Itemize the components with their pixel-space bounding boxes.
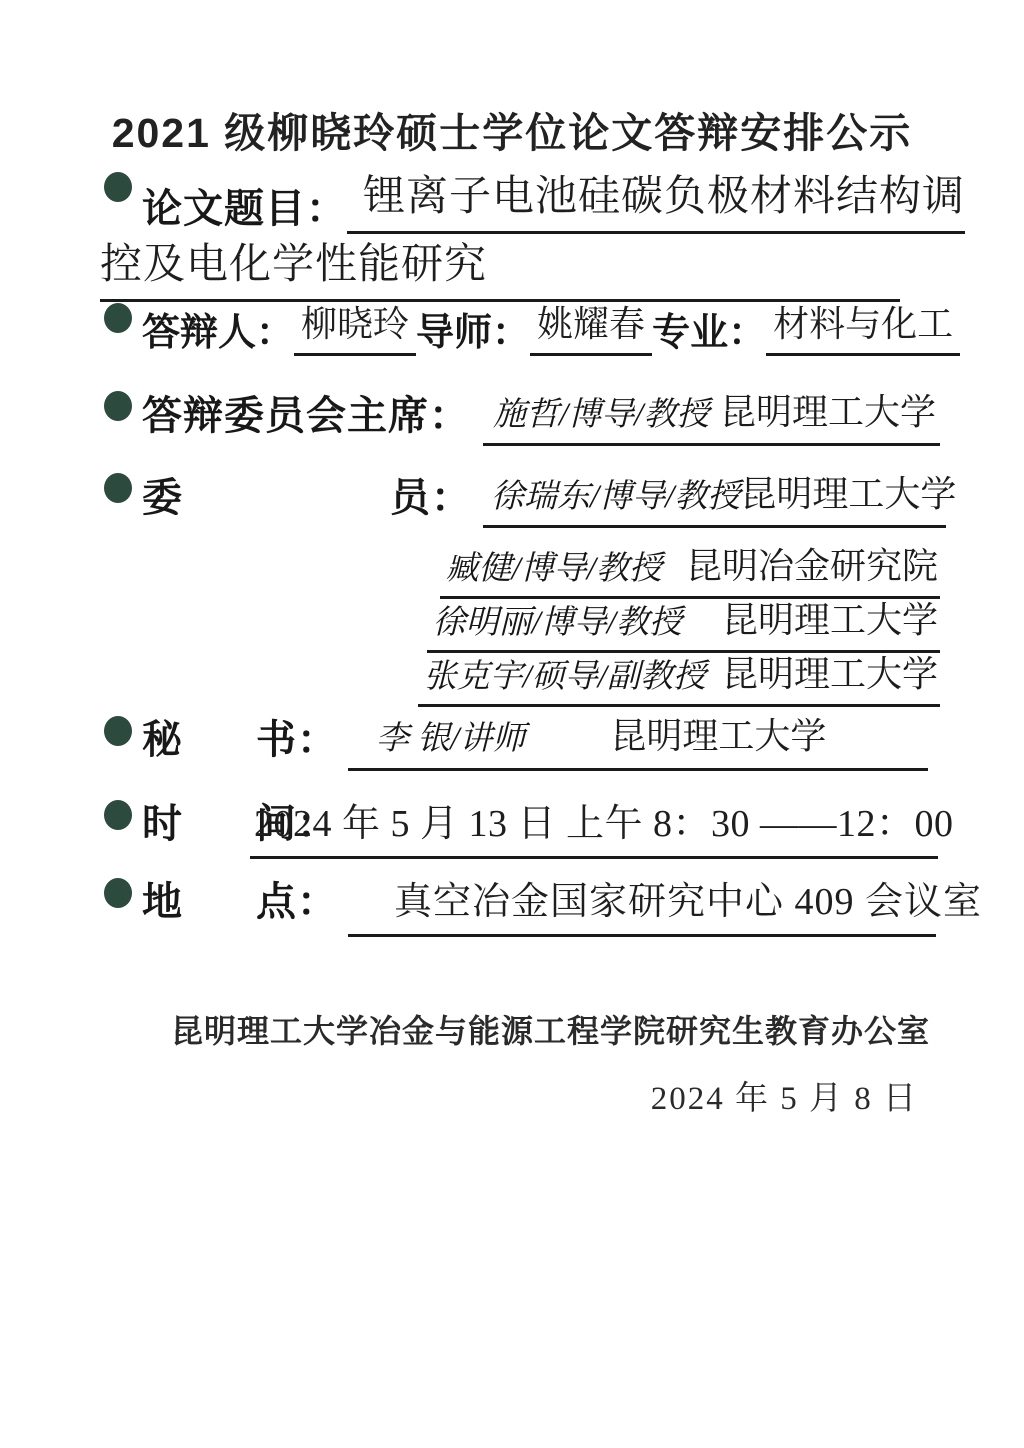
chair-label: 答辩委员会主席：	[142, 384, 470, 441]
chair-person: 施哲/博导/教授	[493, 388, 709, 435]
committee-member-person: 臧健/博导/教授	[446, 542, 662, 589]
secretary-affiliation: 昆明理工大学	[610, 708, 826, 759]
defender-label: 答辩人：	[142, 301, 294, 356]
footer-date: 2024 年 5 月 8 日	[651, 1072, 918, 1119]
committee-member-person: 张克宇/硕导/副教授	[424, 650, 706, 697]
bullet-icon	[104, 303, 132, 333]
committee-member-person: 徐明丽/博导/教授	[433, 596, 682, 643]
time-label-first: 时	[142, 792, 183, 849]
committee-member-row: 徐明丽/博导/教授 昆明理工大学	[300, 592, 940, 653]
thesis-topic-row: 论文题目： 锂离子电池硅碳负极材料结构调	[142, 163, 938, 234]
bullet-icon	[104, 716, 132, 746]
bullet-icon	[104, 878, 132, 908]
thesis-topic-line2: 控及电化学性能研究	[100, 231, 900, 302]
bullet-icon	[104, 391, 132, 421]
major-value: 材料与化工	[766, 296, 960, 356]
bullet-icon	[104, 800, 132, 830]
chair-affiliation: 昆明理工大学	[720, 384, 936, 435]
committee-member-row: 张克宇/硕导/副教授 昆明理工大学	[300, 646, 940, 707]
committee-member-row: 徐瑞东/博导/教授 昆明理工大学	[483, 466, 946, 528]
location-label-first: 地	[142, 870, 183, 927]
committee-member-person: 徐瑞东/博导/教授	[491, 470, 740, 517]
thesis-topic-label: 论文题目：	[142, 177, 347, 234]
bullet-icon	[104, 172, 132, 202]
secretary-label: 秘 书：	[142, 708, 338, 765]
footer-office: 昆明理工大学冶金与能源工程学院研究生教育办公室	[171, 1006, 930, 1052]
secretary-value-row: 李 银/讲师 昆明理工大学	[348, 708, 928, 771]
secretary-person: 李 银/讲师	[376, 712, 525, 759]
location-value: 真空冶金国家研究中心 409 会议室	[348, 870, 936, 937]
location-label-rest: 点：	[256, 870, 338, 927]
defender-name: 柳晓玲	[294, 296, 416, 356]
committee-member-affiliation: 昆明冶金研究院	[686, 538, 938, 589]
location-label: 地 点：	[142, 870, 338, 927]
committee-label-first: 委	[142, 466, 183, 523]
major-label: 专业：	[652, 301, 766, 356]
time-value: 2024 年 5 月 13 日 上午 8：30 ——12：00	[250, 792, 938, 859]
secretary-label-first: 秘	[142, 708, 183, 765]
committee-member-affiliation: 昆明理工大学	[740, 466, 956, 517]
committee-member-affiliation: 昆明理工大学	[722, 646, 938, 697]
secretary-label-rest: 书：	[256, 708, 338, 765]
committee-label: 委 员：	[142, 466, 472, 523]
chair-value-row: 施哲/博导/教授 昆明理工大学	[483, 384, 940, 446]
announcement-page: 2021 级柳晓玲硕士学位论文答辩安排公示 论文题目： 锂离子电池硅碳负极材料结…	[0, 0, 1024, 1448]
thesis-topic-line1: 锂离子电池硅碳负极材料结构调	[347, 163, 965, 234]
advisor-label: 导师：	[416, 301, 530, 356]
advisor-name: 姚耀春	[530, 296, 652, 356]
committee-member-row: 臧健/博导/教授 昆明冶金研究院	[300, 538, 940, 599]
bullet-icon	[104, 473, 132, 503]
defender-row: 答辩人： 柳晓玲 导师： 姚耀春 专业： 材料与化工	[142, 296, 940, 356]
committee-member-affiliation: 昆明理工大学	[722, 592, 938, 643]
page-title: 2021 级柳晓玲硕士学位论文答辩安排公示	[0, 100, 1024, 159]
committee-label-rest: 员：	[390, 466, 472, 523]
